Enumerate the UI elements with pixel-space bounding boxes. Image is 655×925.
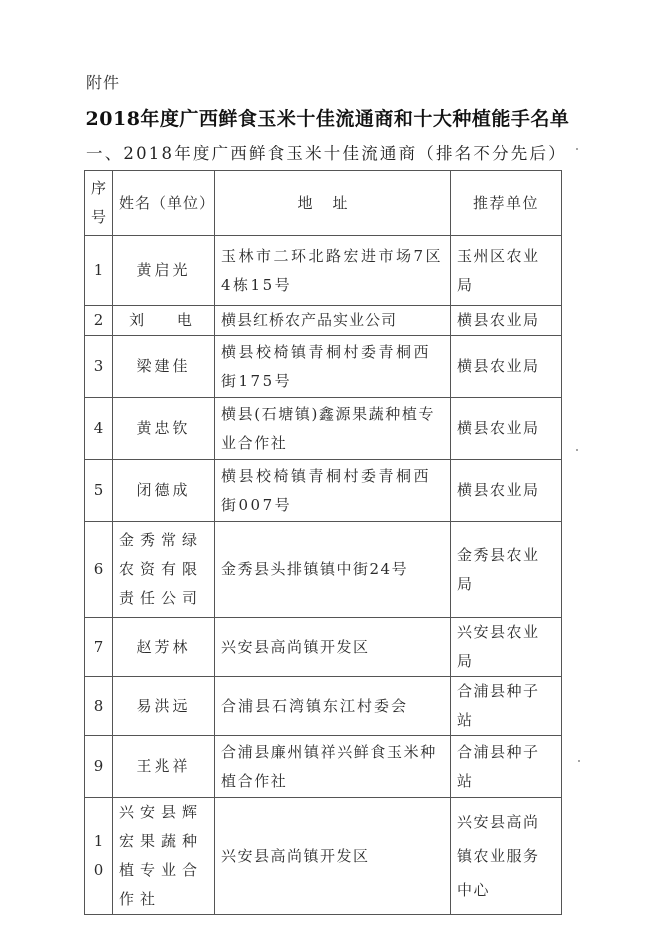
row-name: 王兆祥 bbox=[113, 736, 215, 798]
scan-speck bbox=[576, 449, 578, 451]
table-header-row: 序 号 姓名（单位） 地址 推荐单位 bbox=[85, 171, 562, 236]
table-row: 3 梁建佳 横县校椅镇青桐村委青桐西街175号 横县农业局 bbox=[85, 336, 562, 398]
row-address: 横县(石塘镇)鑫源果蔬种植专业合作社 bbox=[215, 398, 451, 460]
header-no-line1: 序 bbox=[89, 174, 108, 203]
section-heading: 一、2018年度广西鲜食玉米十佳流通商（排名不分先后） bbox=[86, 140, 567, 164]
row-recommender: 横县农业局 bbox=[451, 398, 562, 460]
scan-speck bbox=[576, 148, 578, 150]
row-no: 2 bbox=[85, 306, 113, 336]
row-name: 金秀常绿农资有限责任公司 bbox=[113, 522, 215, 618]
attachment-label: 附件 bbox=[86, 70, 120, 93]
row-name: 黄忠钦 bbox=[113, 398, 215, 460]
row-address: 金秀县头排镇镇中街24号 bbox=[215, 522, 451, 618]
row-address: 横县校椅镇青桐村委青桐西街175号 bbox=[215, 336, 451, 398]
distributor-table: 序 号 姓名（单位） 地址 推荐单位 1 黄启光 玉林市二环北路宏进市场7区4栋… bbox=[84, 170, 562, 915]
row-address: 横县校椅镇青桐村委青桐西街007号 bbox=[215, 460, 451, 522]
row-address: 合浦县石湾镇东江村委会 bbox=[215, 677, 451, 736]
row-no: 6 bbox=[85, 522, 113, 618]
row-recommender: 兴安县农业局 bbox=[451, 618, 562, 677]
row-no: 3 bbox=[85, 336, 113, 398]
table-row: 2 刘 电 横县红桥农产品实业公司 横县农业局 bbox=[85, 306, 562, 336]
row-name: 梁建佳 bbox=[113, 336, 215, 398]
table-row: 6 金秀常绿农资有限责任公司 金秀县头排镇镇中街24号 金秀县农业局 bbox=[85, 522, 562, 618]
row-name: 易洪远 bbox=[113, 677, 215, 736]
row-no: 4 bbox=[85, 398, 113, 460]
row-no: 1 bbox=[85, 236, 113, 306]
header-name: 姓名（单位） bbox=[113, 171, 215, 236]
header-address: 地址 bbox=[215, 171, 451, 236]
row-recommender: 横县农业局 bbox=[451, 306, 562, 336]
scan-speck bbox=[578, 760, 580, 762]
row-no: 7 bbox=[85, 618, 113, 677]
row-name: 赵芳林 bbox=[113, 618, 215, 677]
row-recommender: 横县农业局 bbox=[451, 336, 562, 398]
row-recommender: 横县农业局 bbox=[451, 460, 562, 522]
row-recommender: 合浦县种子站 bbox=[451, 677, 562, 736]
row-recommender: 兴安县高尚镇农业服务中心 bbox=[451, 798, 562, 915]
table-row: 7 赵芳林 兴安县高尚镇开发区 兴安县农业局 bbox=[85, 618, 562, 677]
row-no: 8 bbox=[85, 677, 113, 736]
table-row: 5 闭德成 横县校椅镇青桐村委青桐西街007号 横县农业局 bbox=[85, 460, 562, 522]
row-name: 刘 电 bbox=[113, 306, 215, 336]
table-row: 8 易洪远 合浦县石湾镇东江村委会 合浦县种子站 bbox=[85, 677, 562, 736]
row-no: 1 0 bbox=[85, 798, 113, 915]
row-no: 9 bbox=[85, 736, 113, 798]
row-recommender: 合浦县种子站 bbox=[451, 736, 562, 798]
header-no: 序 号 bbox=[85, 171, 113, 236]
table-row: 1 0 兴安县辉宏果蔬种植专业合作社 兴安县高尚镇开发区 兴安县高尚镇农业服务中… bbox=[85, 798, 562, 915]
row-no-line2: 0 bbox=[89, 856, 108, 885]
row-name: 闭德成 bbox=[113, 460, 215, 522]
row-recommender: 金秀县农业局 bbox=[451, 522, 562, 618]
row-recommender: 玉州区农业局 bbox=[451, 236, 562, 306]
row-no-line1: 1 bbox=[89, 827, 108, 856]
row-name: 兴安县辉宏果蔬种植专业合作社 bbox=[113, 798, 215, 915]
header-recommender: 推荐单位 bbox=[451, 171, 562, 236]
row-address: 横县红桥农产品实业公司 bbox=[215, 306, 451, 336]
row-name: 黄启光 bbox=[113, 236, 215, 306]
row-address: 玉林市二环北路宏进市场7区4栋15号 bbox=[215, 236, 451, 306]
row-address: 兴安县高尚镇开发区 bbox=[215, 798, 451, 915]
table-row: 4 黄忠钦 横县(石塘镇)鑫源果蔬种植专业合作社 横县农业局 bbox=[85, 398, 562, 460]
row-no: 5 bbox=[85, 460, 113, 522]
table-row: 9 王兆祥 合浦县廉州镇祥兴鲜食玉米种植合作社 合浦县种子站 bbox=[85, 736, 562, 798]
table-row: 1 黄启光 玉林市二环北路宏进市场7区4栋15号 玉州区农业局 bbox=[85, 236, 562, 306]
row-address: 合浦县廉州镇祥兴鲜食玉米种植合作社 bbox=[215, 736, 451, 798]
row-address: 兴安县高尚镇开发区 bbox=[215, 618, 451, 677]
header-no-line2: 号 bbox=[89, 203, 108, 232]
document-title: 2018年度广西鲜食玉米十佳流通商和十大种植能手名单 bbox=[0, 104, 655, 131]
